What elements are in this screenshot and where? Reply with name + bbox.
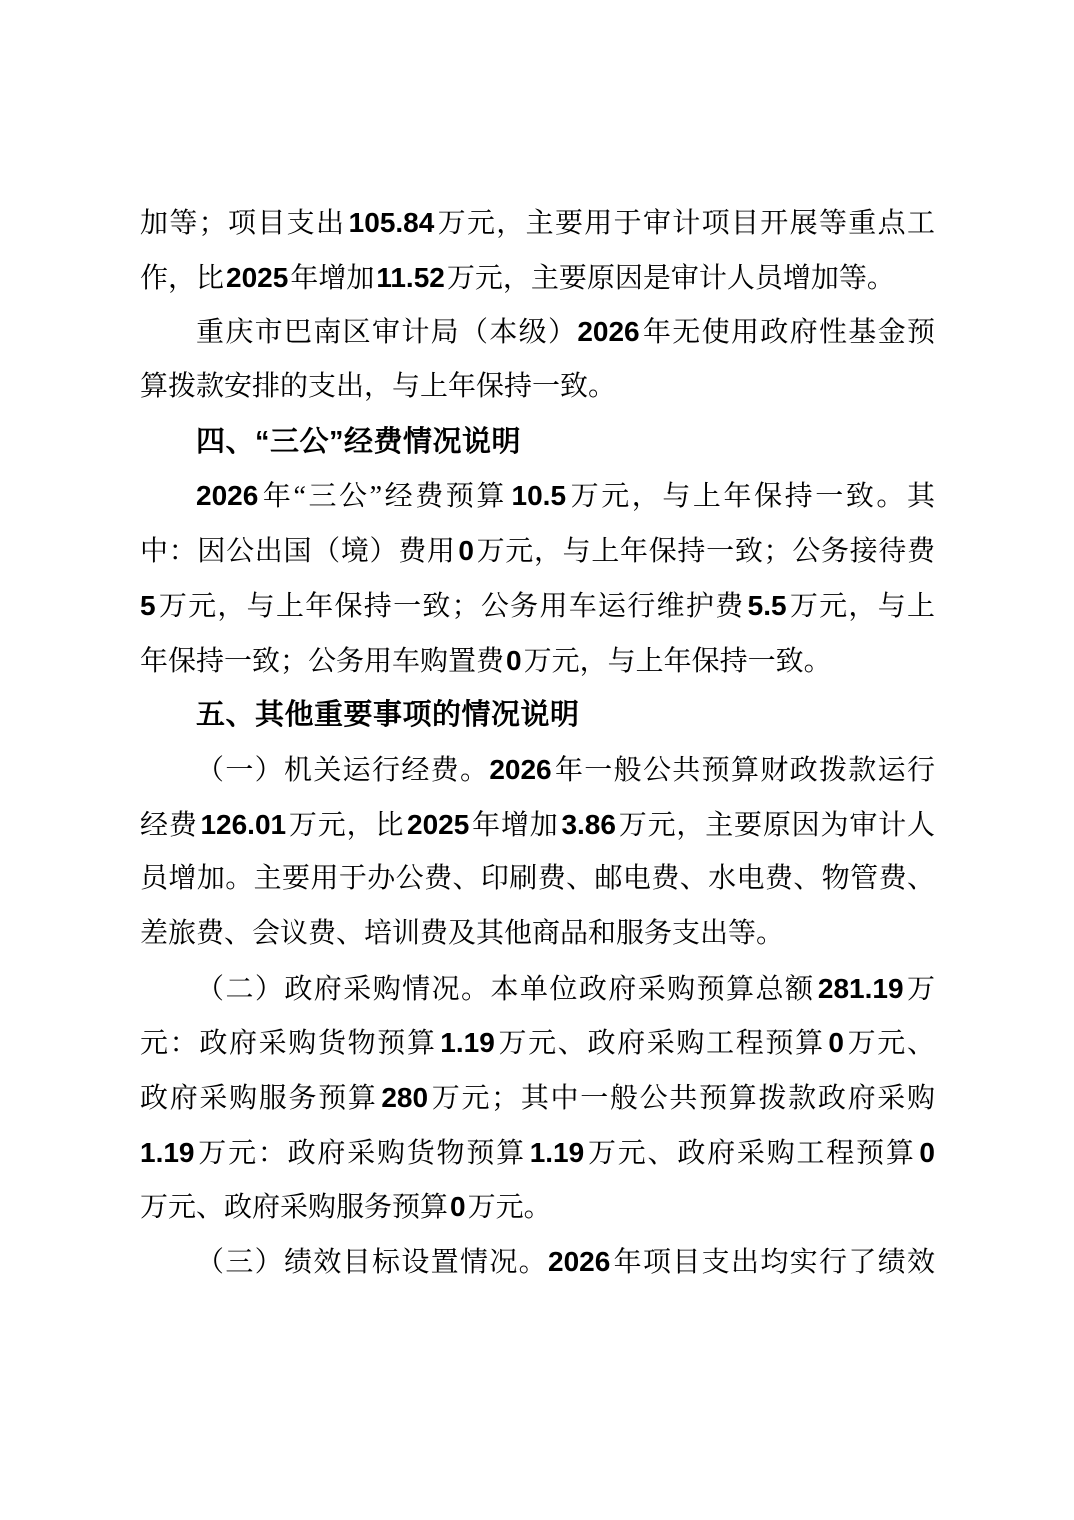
numeric-value: 280 — [381, 1082, 428, 1113]
text-line: 作，比 2025 年增加 11.52 万元，主要原因是审计人员增加等。 — [140, 251, 935, 306]
paragraph: 重庆市巴南区审计局（本级）2026 年无使用政府性基金预算拨款安排的支出，与上年… — [140, 305, 935, 414]
text-line: 2026 年“三公”经费预算 10.5 万元，与上年保持一致。其 — [140, 469, 935, 524]
numeric-value: 1.19 — [140, 1137, 195, 1168]
numeric-value: 2025 — [226, 262, 288, 293]
text-line: 加等；项目支出 105.84 万元，主要用于审计项目开展等重点工 — [140, 196, 935, 251]
numeric-value: 3.86 — [561, 809, 616, 840]
numeric-value: 2026 — [548, 1246, 610, 1277]
paragraph: （一）机关运行经费。2026 年一般公共预算财政拨款运行经费 126.01 万元… — [140, 743, 935, 962]
numeric-value: 5 — [140, 590, 156, 621]
text-line: 1.19 万元：政府采购货物预算 1.19 万元、政府采购工程预算 0 — [140, 1126, 935, 1181]
numeric-value: 2025 — [407, 809, 469, 840]
numeric-value: 126.01 — [200, 809, 286, 840]
section-heading: 五、其他重要事项的情况说明 — [140, 688, 935, 743]
paragraph: 加等；项目支出 105.84 万元，主要用于审计项目开展等重点工作，比 2025… — [140, 196, 935, 305]
numeric-value: 2026 — [577, 316, 639, 347]
numeric-value: 2026 — [489, 754, 551, 785]
numeric-value: 0 — [450, 1191, 466, 1222]
document-page: 加等；项目支出 105.84 万元，主要用于审计项目开展等重点工作，比 2025… — [0, 0, 1074, 1520]
text-line: 算拨款安排的支出，与上年保持一致。 — [140, 360, 935, 415]
numeric-value: 11.52 — [376, 262, 445, 293]
numeric-value: 105.84 — [349, 207, 435, 238]
text-line: 万元、政府采购服务预算 0 万元。 — [140, 1180, 935, 1235]
numeric-value: 5.5 — [748, 590, 787, 621]
text-line: 中：因公出国（境）费用 0 万元，与上年保持一致；公务接待费 — [140, 524, 935, 579]
text-line: 年保持一致；公务用车购置费 0 万元，与上年保持一致。 — [140, 634, 935, 689]
text-line: 重庆市巴南区审计局（本级）2026 年无使用政府性基金预 — [140, 305, 935, 360]
numeric-value: 1.19 — [440, 1027, 495, 1058]
numeric-value: 1.19 — [530, 1137, 585, 1168]
text-line: 5 万元，与上年保持一致；公务用车运行维护费 5.5 万元，与上 — [140, 579, 935, 634]
paragraph: （二）政府采购情况。本单位政府采购预算总额 281.19 万元：政府采购货物预算… — [140, 962, 935, 1235]
text-line: （一）机关运行经费。2026 年一般公共预算财政拨款运行 — [140, 743, 935, 798]
text-line: 政府采购服务预算 280 万元；其中一般公共预算拨款政府采购 — [140, 1071, 935, 1126]
numeric-value: 0 — [506, 645, 522, 676]
document-body: 加等；项目支出 105.84 万元，主要用于审计项目开展等重点工作，比 2025… — [140, 196, 935, 1290]
paragraph: 2026 年“三公”经费预算 10.5 万元，与上年保持一致。其中：因公出国（境… — [140, 469, 935, 688]
numeric-value: 281.19 — [818, 973, 904, 1004]
numeric-value: 2026 — [196, 480, 258, 511]
numeric-value: 0 — [458, 535, 474, 566]
paragraph: （三）绩效目标设置情况。2026 年项目支出均实行了绩效 — [140, 1235, 935, 1290]
text-line: （三）绩效目标设置情况。2026 年项目支出均实行了绩效 — [140, 1235, 935, 1290]
text-line: 元：政府采购货物预算 1.19 万元、政府采购工程预算 0 万元、 — [140, 1016, 935, 1071]
section-heading: 四、“三公”经费情况说明 — [140, 415, 935, 470]
text-line: 经费 126.01 万元，比 2025 年增加 3.86 万元，主要原因为审计人 — [140, 798, 935, 853]
text-line: 四、“三公”经费情况说明 — [140, 415, 935, 470]
numeric-value: 0 — [919, 1137, 935, 1168]
text-line: 五、其他重要事项的情况说明 — [140, 688, 935, 743]
numeric-value: 0 — [828, 1027, 844, 1058]
numeric-value: 10.5 — [512, 480, 567, 511]
text-line: 差旅费、会议费、培训费及其他商品和服务支出等。 — [140, 907, 935, 962]
text-line: 员增加。主要用于办公费、印刷费、邮电费、水电费、物管费、 — [140, 852, 935, 907]
text-line: （二）政府采购情况。本单位政府采购预算总额 281.19 万 — [140, 962, 935, 1017]
